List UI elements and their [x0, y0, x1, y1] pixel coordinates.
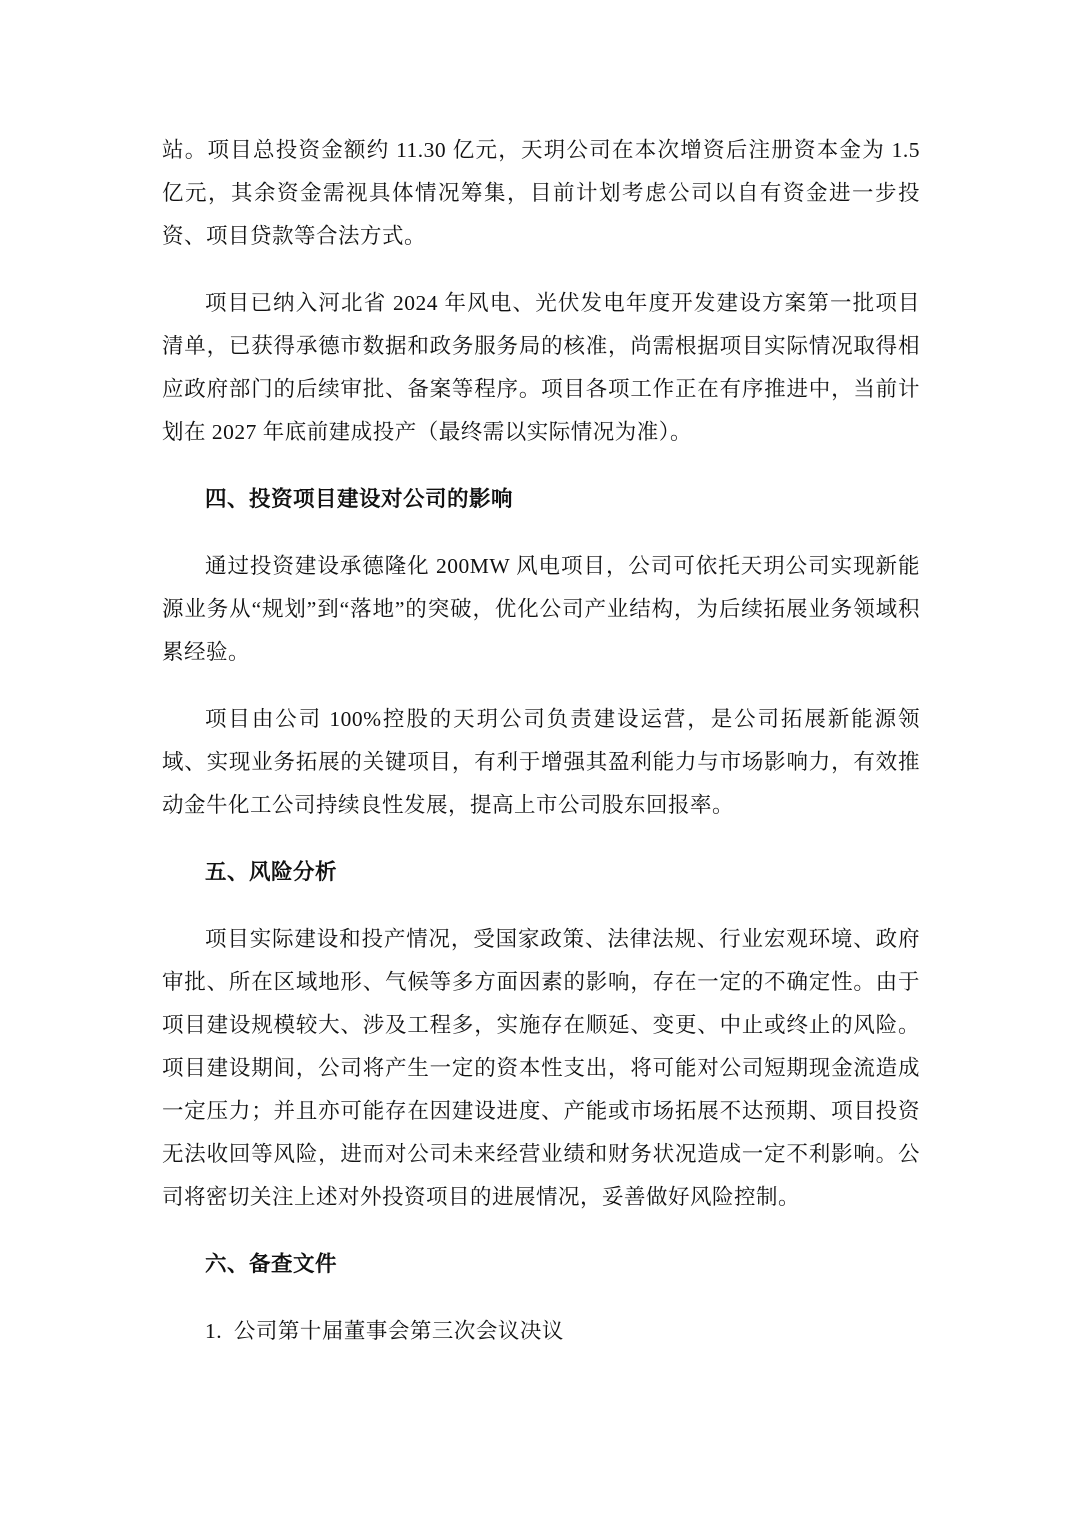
list-item-board-resolution: 1. 公司第十届董事会第三次会议决议	[162, 1310, 920, 1353]
paragraph-risk-analysis: 项目实际建设和投产情况，受国家政策、法律法规、行业宏观环境、政府审批、所在区域地…	[162, 918, 920, 1219]
paragraph-investment-funding: 站。项目总投资金额约 11.30 亿元，天玥公司在本次增资后注册资本金为 1.5…	[162, 129, 920, 258]
heading-section-6-reference-documents: 六、备查文件	[162, 1243, 920, 1286]
document-page: 站。项目总投资金额约 11.30 亿元，天玥公司在本次增资后注册资本金为 1.5…	[0, 0, 1080, 1527]
paragraph-impact-operation: 项目由公司 100%控股的天玥公司负责建设运营，是公司拓展新能源领域、实现业务拓…	[162, 698, 920, 827]
paragraph-project-approval: 项目已纳入河北省 2024 年风电、光伏发电年度开发建设方案第一批项目清单，已获…	[162, 282, 920, 454]
heading-section-5-risk: 五、风险分析	[162, 851, 920, 894]
document-content: 站。项目总投资金额约 11.30 亿元，天玥公司在本次增资后注册资本金为 1.5…	[162, 129, 920, 1377]
paragraph-impact-breakthrough: 通过投资建设承德隆化 200MW 风电项目，公司可依托天玥公司实现新能源业务从“…	[162, 545, 920, 674]
heading-section-4-impact: 四、投资项目建设对公司的影响	[162, 478, 920, 521]
